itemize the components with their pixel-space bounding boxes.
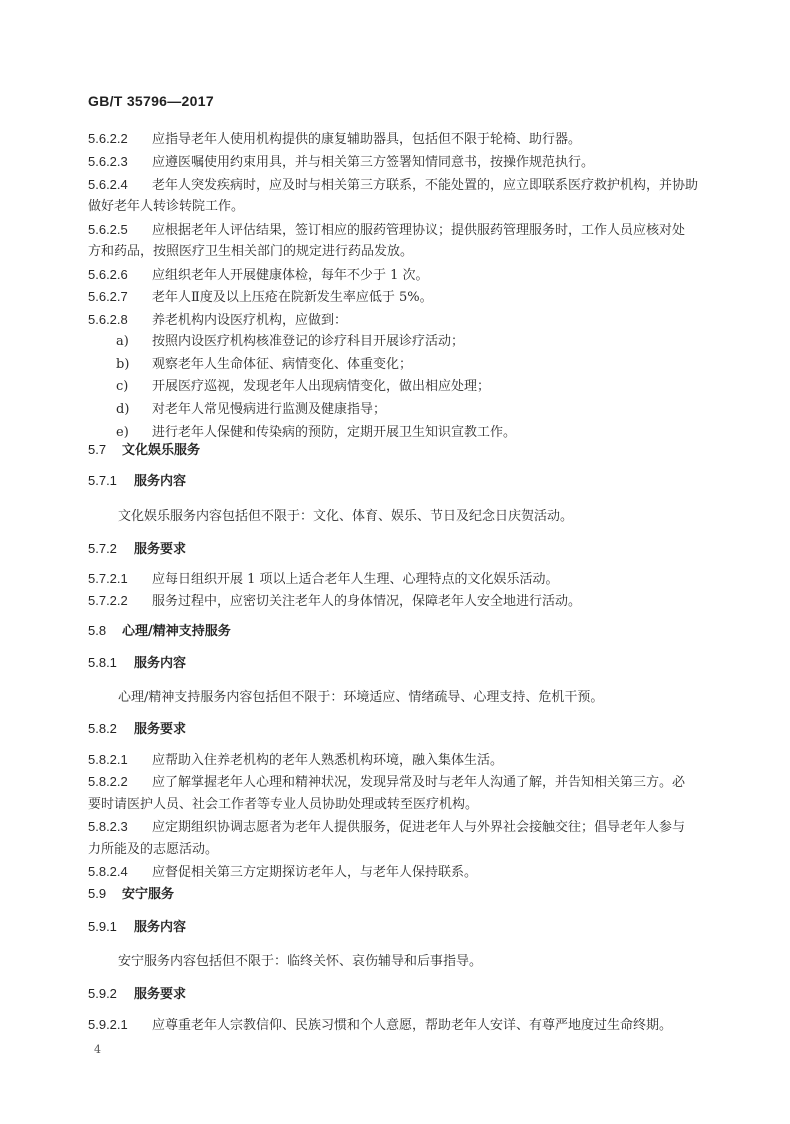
list-item-c: c)开展医疗巡视，发现老年人出现病情变化，做出相应处理； [116, 378, 490, 396]
clause-5-7-2-1: 5.7.2.1应每日组织开展 1 项以上适合老年人生理、心理特点的文化娱乐活动。 [88, 570, 559, 589]
paragraph-5-7-1: 文化娱乐服务内容包括但不限于：文化、体育、娱乐、节日及纪念日庆贺活动。 [118, 508, 573, 526]
subsection-heading-5-9-1: 5.9.1服务内容 [88, 918, 186, 937]
paragraph-5-9-1: 安宁服务内容包括但不限于：临终关怀、哀伤辅导和后事指导。 [118, 953, 482, 971]
clause-5-8-2-2: 5.8.2.2应了解掌握老年人心理和精神状况，发现异常及时与老年人沟通了解，并告… [88, 773, 685, 792]
clause-5-6-2-7: 5.6.2.7老年人Ⅱ度及以上压疮在院新发生率应低于 5%。 [88, 288, 433, 307]
standard-code: GB/T 35796—2017 [88, 93, 214, 109]
clause-5-6-2-2: 5.6.2.2应指导老年人使用机构提供的康复辅助器具，包括但不限于轮椅、助行器。 [88, 130, 581, 149]
clause-5-7-2-2: 5.7.2.2服务过程中，应密切关注老年人的身体情况，保障老年人安全地进行活动。 [88, 592, 581, 611]
section-heading-5-9: 5.9安宁服务 [88, 885, 174, 904]
subsection-heading-5-7-2: 5.7.2服务要求 [88, 540, 186, 559]
paragraph-5-8-1: 心理/精神支持服务内容包括但不限于：环境适应、情绪疏导、心理支持、危机干预。 [118, 689, 603, 707]
section-heading-5-8: 5.8心理/精神支持服务 [88, 622, 231, 641]
subsection-heading-5-9-2: 5.9.2服务要求 [88, 985, 186, 1004]
clause-5-9-2-1: 5.9.2.1应尊重老年人宗教信仰、民族习惯和个人意愿，帮助老年人安详、有尊严地… [88, 1016, 672, 1035]
list-item-a: a)按照内设医疗机构核准登记的诊疗科目开展诊疗活动； [116, 333, 464, 351]
list-item-e: e)进行老年人保健和传染病的预防，定期开展卫生知识宣教工作。 [116, 424, 516, 442]
document-page: GB/T 35796—2017 5.6.2.2应指导老年人使用机构提供的康复辅助… [0, 0, 790, 1124]
clause-5-6-2-5: 5.6.2.5应根据老年人评估结果，签订相应的服药管理协议；提供服药管理服务时，… [88, 221, 685, 240]
clause-5-6-2-4: 5.6.2.4老年人突发疾病时，应及时与相关第三方联系，不能处置的，应立即联系医… [88, 176, 698, 195]
page-number: 4 [94, 1043, 101, 1056]
clause-continuation: 要时请医护人员、社会工作者等专业人员协助处理或转至医疗机构。 [88, 796, 478, 814]
clause-continuation: 做好老年人转诊转院工作。 [88, 198, 244, 216]
clause-continuation: 力所能及的志愿活动。 [88, 841, 218, 859]
clause-5-6-2-6: 5.6.2.6应组织老年人开展健康体检，每年不少于 1 次。 [88, 266, 429, 285]
list-item-d: d)对老年人常见慢病进行监测及健康指导； [116, 401, 386, 419]
clause-5-8-2-1: 5.8.2.1应帮助入住养老机构的老年人熟悉机构环境，融入集体生活。 [88, 751, 503, 770]
list-item-b: b)观察老年人生命体征、病情变化、体重变化； [116, 356, 412, 374]
subsection-heading-5-8-2: 5.8.2服务要求 [88, 720, 186, 739]
section-heading-5-7: 5.7文化娱乐服务 [88, 441, 200, 460]
clause-5-6-2-8: 5.6.2.8养老机构内设医疗机构，应做到： [88, 311, 347, 330]
subsection-heading-5-8-1: 5.8.1服务内容 [88, 654, 186, 673]
clause-5-8-2-3: 5.8.2.3应定期组织协调志愿者为老年人提供服务，促进老年人与外界社会接触交往… [88, 818, 685, 837]
clause-5-6-2-3: 5.6.2.3应遵医嘱使用约束用具，并与相关第三方签署知情同意书，按操作规范执行… [88, 153, 594, 172]
clause-5-8-2-4: 5.8.2.4应督促相关第三方定期探访老年人，与老年人保持联系。 [88, 863, 477, 882]
clause-continuation: 方和药品，按照医疗卫生相关部门的规定进行药品发放。 [88, 243, 413, 261]
subsection-heading-5-7-1: 5.7.1服务内容 [88, 472, 186, 491]
